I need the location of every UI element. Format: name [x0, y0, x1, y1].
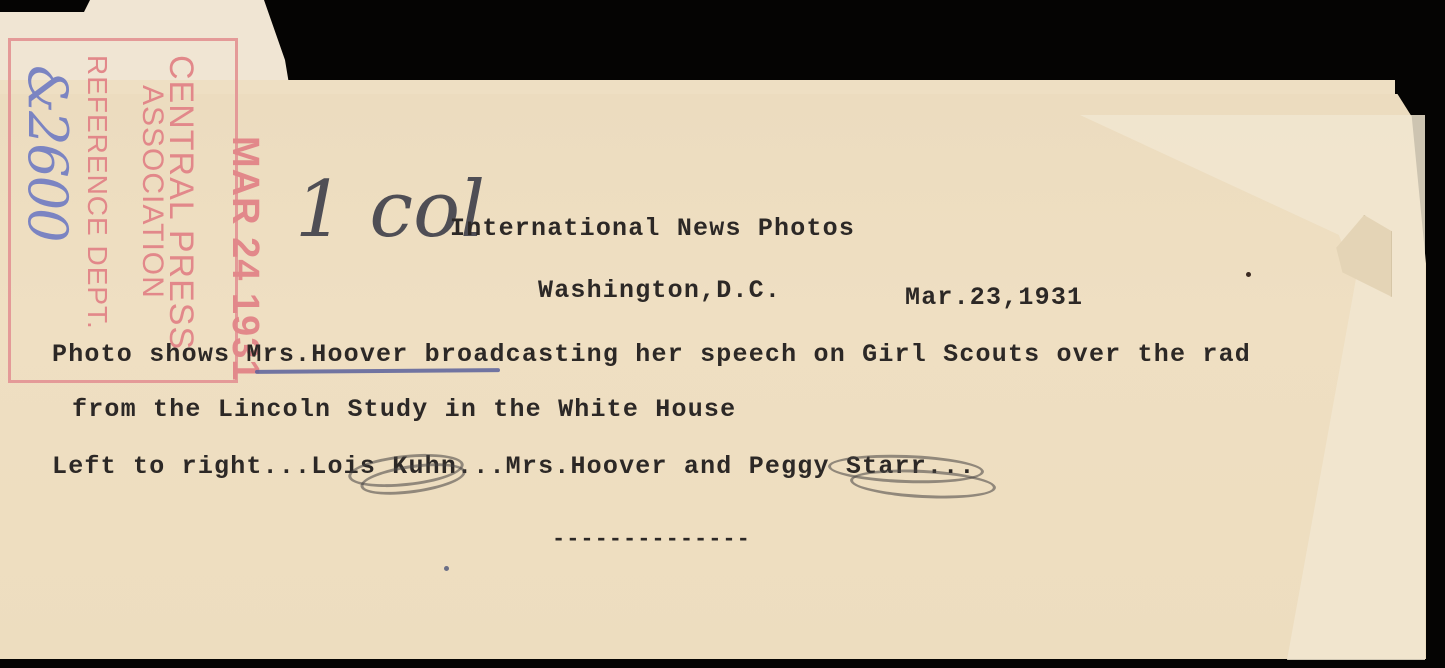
ink-speck	[1246, 272, 1251, 277]
ink-speck	[444, 566, 449, 571]
separator-rule: --------------	[552, 527, 751, 552]
caption-line-1: Photo shows Mrs.Hoover broadcasting her …	[52, 340, 1251, 369]
dateline-date: Mar.23,1931	[905, 283, 1083, 312]
caption-line-2: from the Lincoln Study in the White Hous…	[72, 395, 736, 424]
agency-name: International News Photos	[450, 214, 855, 243]
dateline-location: Washington,D.C.	[538, 276, 781, 305]
stamp-line-dept: REFERENCE DEPT.	[81, 55, 113, 330]
handwritten-number: &2600	[16, 65, 79, 241]
stamp-line-association: ASSOCIATION	[135, 85, 169, 299]
